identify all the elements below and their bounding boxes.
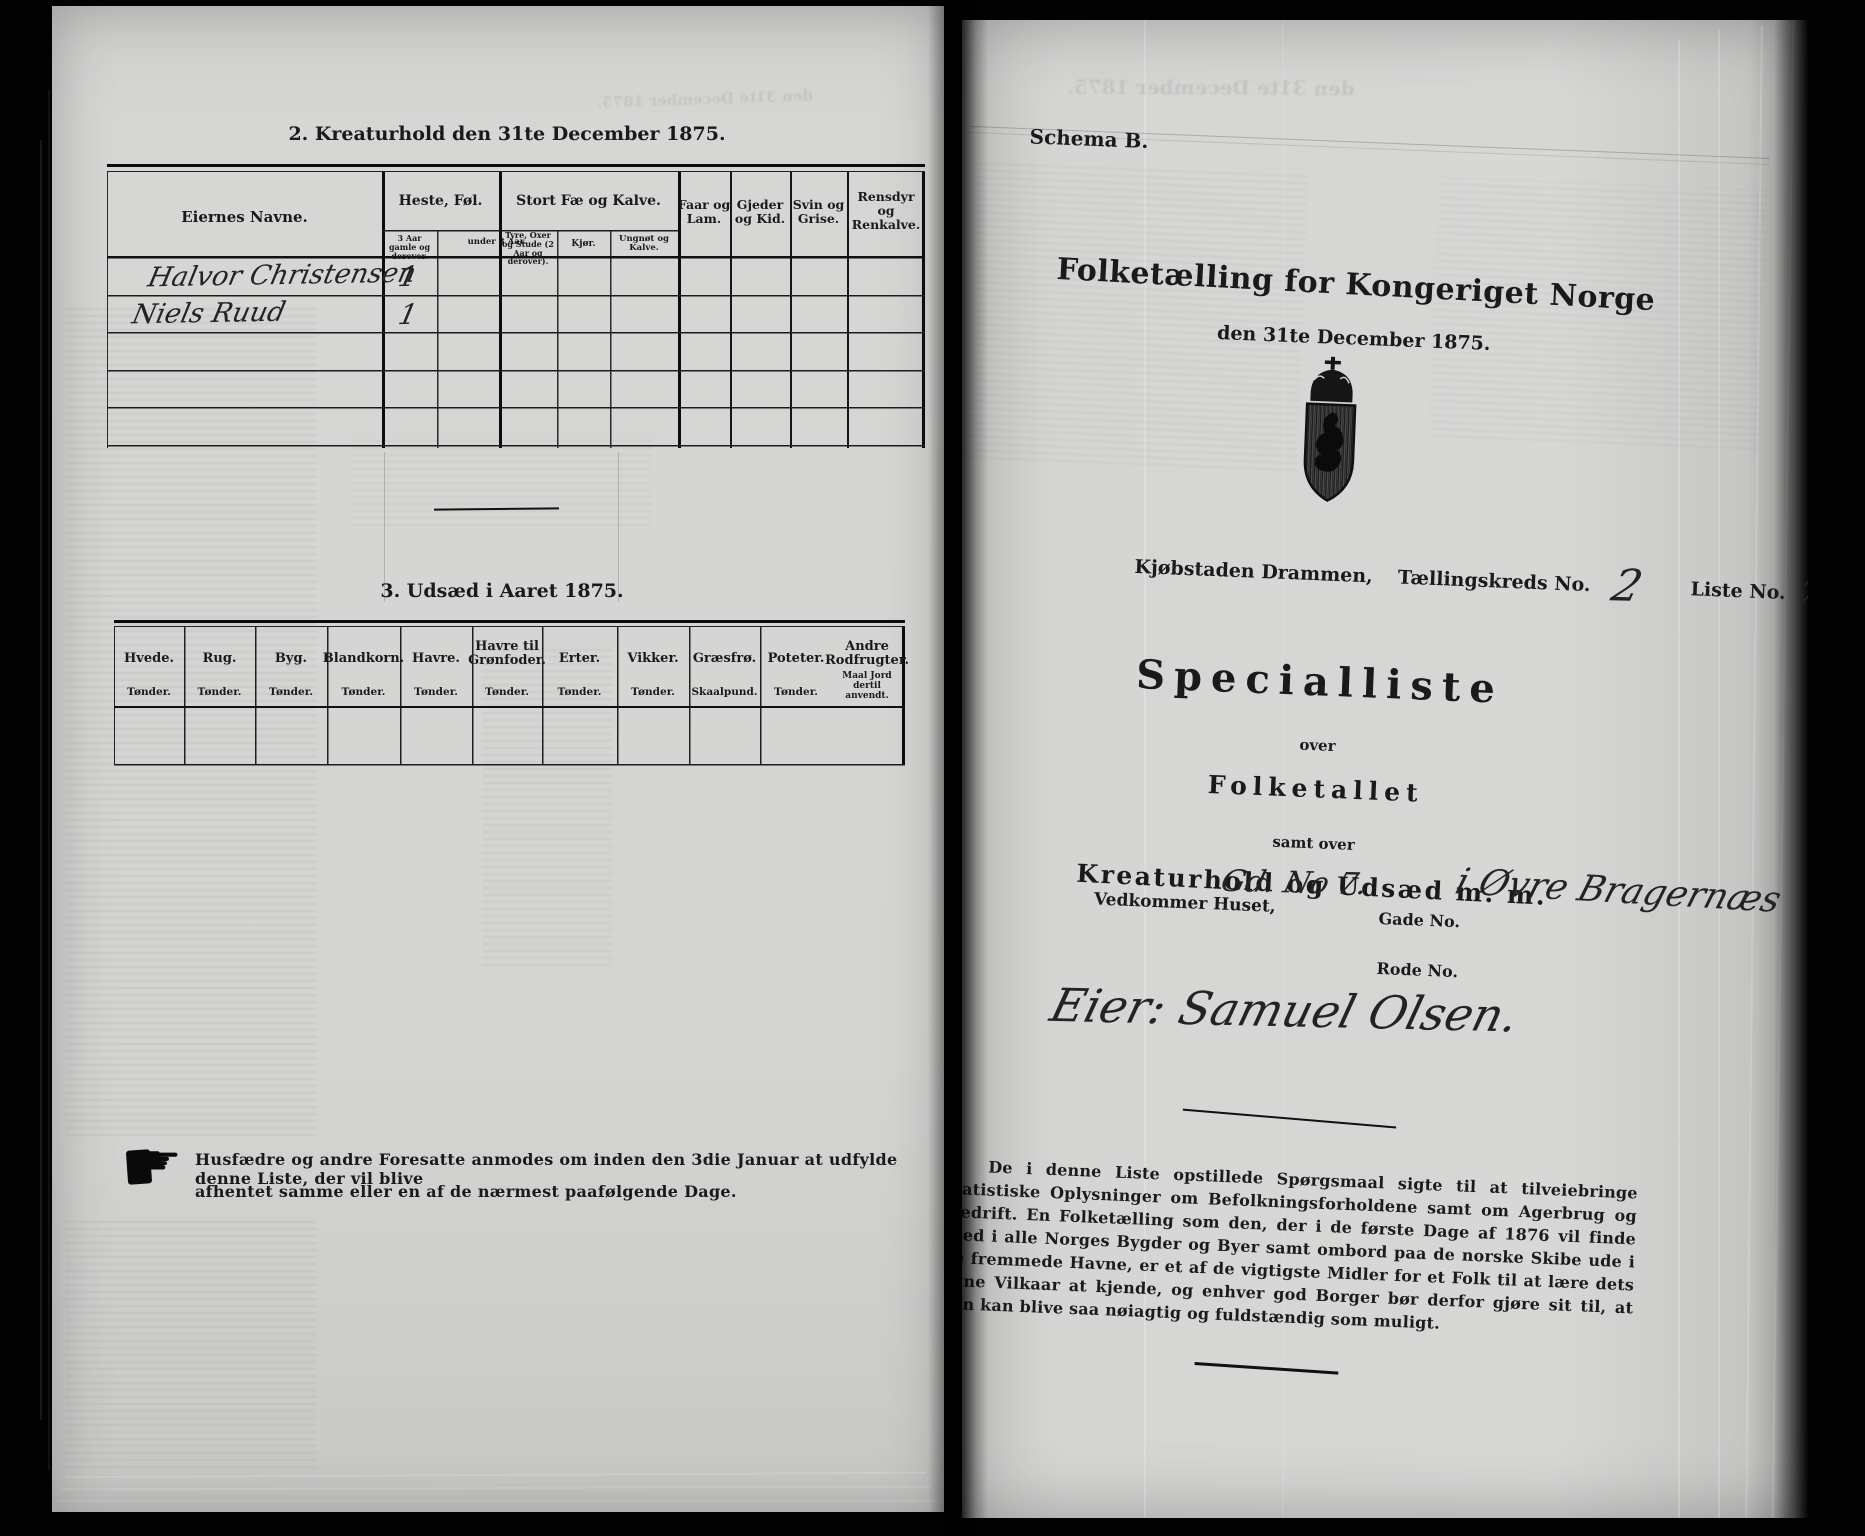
crop-label: Erter.: [559, 652, 600, 666]
column-header-sheep: Faar og Lam.: [676, 198, 732, 226]
crop-label: Byg.: [275, 652, 307, 666]
crop-unit: Tønder.: [342, 687, 386, 699]
folketallet-label: Folketallet: [1015, 762, 1616, 815]
census-district-label: Tællingskreds No.: [1397, 566, 1591, 596]
crop-label: Vikker.: [627, 652, 678, 666]
crop-unit: Tønder.: [558, 687, 602, 699]
schema-label: Schema B.: [1029, 124, 1149, 153]
crop-label: Hvede.: [124, 652, 174, 666]
crop-unit: Tønder.: [631, 687, 675, 699]
sheet-edge-line: [66, 1472, 926, 1479]
coat-of-arms: [1291, 355, 1369, 510]
street-value: i Øvre Bragernæs: [1451, 861, 1786, 920]
kreaturhold-title: 2. Kreaturhold den 31te December 1875.: [207, 123, 807, 145]
cattle-group-label: Stort Fæ og Kalve.: [499, 194, 678, 209]
crop-column-header: Græsfrø. Skaalpund.: [689, 626, 760, 706]
sheet-edge-line: [60, 1500, 938, 1502]
right-page: den 31te December 1875. Schema B. Folket…: [962, 20, 1808, 1518]
crop-column-header: Hvede. Tønder.: [114, 626, 184, 706]
manicule-icon: ☛: [145, 1138, 181, 1184]
crop-unit: Maal Jord dertil anvendt.: [832, 672, 902, 702]
crop-label: Blandkorn.: [323, 652, 404, 666]
owner-name-entry: Niels Ruud: [129, 297, 288, 331]
column-header-owners: Eiernes Navne.: [107, 209, 382, 226]
column-header-goats: Gjeder og Kid.: [728, 198, 792, 226]
bleedthrough-text: den 31te December 1875.: [1067, 75, 1355, 101]
crop-unit: Tønder.: [198, 687, 242, 699]
page-gutter: [928, 0, 988, 1536]
specialliste-title: Specialliste: [1019, 646, 1620, 717]
owner-name-entry: Halvor Christensen: [145, 258, 419, 294]
crop-label: Andre Rodfrugter.: [825, 640, 909, 669]
crop-column-header: Havre. Tønder.: [400, 626, 472, 706]
crop-unit: Tønder.: [269, 687, 313, 699]
district-line: Kjøbstaden Drammen, Tællingskreds No. 2 …: [1134, 533, 1696, 606]
crop-column-header: Rug. Tønder.: [184, 626, 255, 706]
over-label: over: [1017, 724, 1617, 766]
sheet-edge-line: [62, 1485, 932, 1490]
subheader-cows: Kjør.: [558, 240, 609, 250]
owner-value: Eier: Samuel Olsen.: [1045, 978, 1524, 1042]
subheader-young-cattle: Ungnøt og Kalve.: [611, 235, 677, 254]
scanned-census-spread: den 31te December 1875. 2. Kreaturhold d…: [0, 0, 1865, 1536]
horse-count-entry: 1: [395, 298, 420, 331]
sheet-edge-line: [40, 140, 42, 1420]
house-number-value: Gd. No 7.: [1217, 864, 1371, 902]
crop-label: Poteter.: [768, 652, 825, 666]
bleedthrough-text: den 31te December 1875.: [597, 86, 813, 112]
census-district-value: 2: [1607, 561, 1648, 612]
horses-group-label: Heste, Føl.: [382, 194, 499, 209]
footnote-line2: afhentet samme eller en af de nærmest pa…: [195, 1182, 935, 1201]
crop-label: Havre.: [412, 652, 460, 666]
bleedthrough-text: [967, 158, 1309, 471]
crop-label: Havre til Grønfoder.: [468, 640, 546, 669]
crop-unit: Tønder.: [414, 687, 458, 699]
owner-rule: [1183, 1109, 1396, 1129]
street-number-label: Gade No.: [1378, 909, 1460, 931]
rode-number-label: Rode No.: [1376, 959, 1458, 981]
crop-column-header: Havre til Grønfoder. Tønder.: [472, 626, 542, 706]
crop-unit: Tønder.: [127, 687, 171, 699]
crop-unit: Tønder.: [485, 687, 529, 699]
bleedthrough-text: [352, 436, 652, 526]
crop-unit: Tønder.: [774, 687, 818, 699]
left-page: den 31te December 1875. 2. Kreaturhold d…: [52, 6, 944, 1512]
column-header-reindeer: Rensdyr og Renkalve.: [847, 190, 925, 231]
samt-over-label: samt over: [1013, 822, 1613, 864]
crop-unit: Skaalpund.: [691, 687, 757, 699]
crop-label: Rug.: [203, 652, 237, 666]
crop-column-header: Erter. Tønder.: [542, 626, 617, 706]
crop-column-header: Poteter. Tønder.: [760, 626, 832, 706]
right-page-print: den 31te December 1875. Schema B. Folket…: [962, 28, 1795, 1518]
crop-column-header: Vikker. Tønder.: [617, 626, 689, 706]
closing-rule: [1195, 1362, 1339, 1375]
section-rule: [434, 507, 559, 510]
subheader-bulls-oxen: Tyre, Oxer og Stude (2 Aar og derover).: [500, 231, 556, 266]
crop-column-header: Blandkorn. Tønder.: [327, 626, 400, 706]
udsaed-table: Hvede. Tønder. Rug. Tønder. Byg. Tønder.…: [114, 620, 905, 766]
kreaturhold-table: Eiernes Navne. Heste, Føl. Stort Fæ og K…: [107, 164, 925, 448]
city-label: Kjøbstaden Drammen,: [1134, 556, 1373, 588]
column-header-pigs: Svin og Grise.: [791, 198, 846, 226]
crop-label: Græsfrø.: [693, 652, 756, 666]
list-number-label: Liste No.: [1690, 578, 1786, 604]
subheader-horses-3yr: 3 Aar gamle og derover.: [383, 234, 436, 260]
crop-column-header: Byg. Tønder.: [255, 626, 327, 706]
udsaed-title: 3. Udsæd i Aaret 1875.: [202, 580, 802, 602]
instructions-paragraph: De i denne Liste opstillede Spørgsmaal s…: [962, 1154, 1638, 1343]
main-title: Folketælling for Kongeriget Norge: [1055, 252, 1656, 318]
bleedthrough-text: [66, 1218, 316, 1468]
sheet-edge-line: [48, 90, 50, 1470]
crop-column-header: Andre Rodfrugter. Maal Jord dertil anven…: [832, 626, 902, 706]
date-line: den 31te December 1875.: [1054, 315, 1654, 361]
